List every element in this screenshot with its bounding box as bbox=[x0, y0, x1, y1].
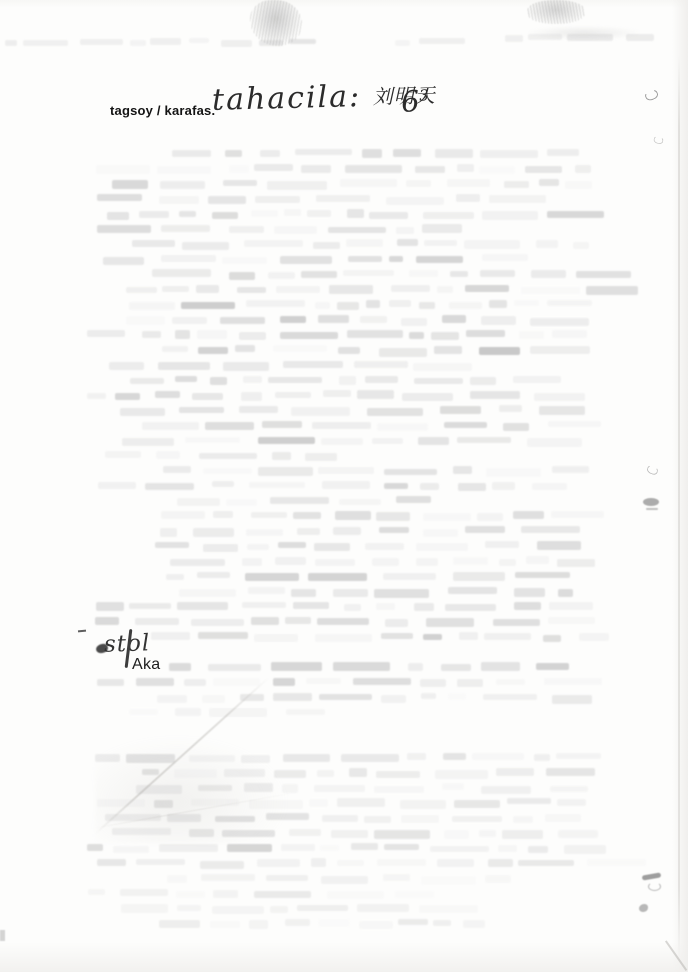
faded-text-fragment bbox=[365, 376, 399, 383]
faded-text-fragment bbox=[97, 859, 126, 867]
faded-text-fragment bbox=[249, 920, 268, 929]
faded-text-fragment bbox=[242, 558, 262, 565]
faded-text-fragment bbox=[208, 664, 261, 671]
faded-text-fragment bbox=[322, 815, 358, 822]
faded-text-fragment bbox=[280, 332, 338, 339]
faded-text-fragment bbox=[177, 905, 201, 912]
faded-text-fragment bbox=[496, 679, 525, 685]
faded-text-fragment bbox=[421, 876, 476, 884]
ink-speck bbox=[646, 508, 658, 510]
faded-text-fragment bbox=[345, 165, 402, 172]
faded-text-fragment bbox=[142, 422, 199, 430]
faded-text-fragment bbox=[521, 287, 581, 294]
faded-text-fragment bbox=[418, 437, 449, 446]
faded-text-fragment bbox=[381, 695, 406, 703]
faded-text-fragment bbox=[301, 165, 331, 173]
faded-text-fragment bbox=[348, 256, 382, 262]
faded-text-fragment bbox=[457, 164, 474, 172]
faded-text-fragment bbox=[407, 753, 425, 760]
faded-text-fragment bbox=[463, 920, 485, 928]
faded-text-fragment bbox=[457, 679, 483, 687]
faded-text-fragment bbox=[470, 377, 496, 385]
faded-text-fragment bbox=[423, 529, 459, 537]
faded-text-fragment bbox=[408, 663, 423, 671]
faded-text-fragment bbox=[499, 405, 522, 412]
faded-text-fragment bbox=[249, 482, 305, 488]
faded-text-fragment bbox=[179, 589, 237, 597]
faded-text-fragment bbox=[479, 166, 514, 174]
faded-text-fragment bbox=[549, 602, 594, 610]
faded-text-fragment bbox=[532, 483, 567, 490]
faded-text-fragment bbox=[270, 497, 329, 505]
faded-text-fragment bbox=[97, 194, 142, 201]
faded-text-fragment bbox=[341, 754, 400, 762]
faded-text-fragment bbox=[374, 786, 423, 793]
faded-text-fragment bbox=[278, 542, 307, 548]
faded-text-fragment bbox=[205, 422, 254, 430]
faded-text-fragment bbox=[254, 634, 298, 642]
faded-text-fragment bbox=[248, 587, 285, 594]
faded-text-fragment bbox=[531, 270, 565, 278]
faded-text-fragment bbox=[419, 905, 478, 912]
faded-text-fragment bbox=[337, 798, 385, 807]
faded-text-fragment bbox=[97, 225, 151, 233]
faded-text-fragment bbox=[268, 272, 294, 279]
faded-text-fragment bbox=[448, 587, 497, 594]
faded-text-fragment bbox=[519, 331, 544, 338]
faded-text-fragment bbox=[243, 376, 262, 383]
faded-text-fragment bbox=[349, 768, 367, 777]
faded-text-fragment bbox=[273, 693, 312, 701]
fold-crease-shading bbox=[95, 735, 290, 843]
faded-text-fragment bbox=[162, 346, 188, 352]
faded-text-fragment bbox=[139, 211, 168, 218]
faded-text-fragment bbox=[242, 602, 286, 609]
faded-text-fragment bbox=[280, 256, 333, 264]
faded-text-fragment bbox=[203, 544, 238, 552]
faded-text-fragment bbox=[203, 468, 252, 474]
faded-text-fragment bbox=[322, 481, 370, 488]
faded-text-fragment bbox=[372, 558, 398, 567]
faded-text-fragment bbox=[504, 181, 529, 188]
faded-text-fragment bbox=[579, 633, 609, 641]
faded-text-fragment bbox=[372, 438, 403, 444]
faded-text-fragment bbox=[564, 845, 606, 854]
faded-text-fragment bbox=[377, 859, 426, 866]
faded-text-fragment bbox=[297, 528, 320, 534]
faded-text-fragment bbox=[251, 512, 288, 518]
ink-smudge-top-right-trail bbox=[528, 26, 640, 40]
faded-text-fragment bbox=[210, 921, 240, 928]
faded-text-fragment bbox=[552, 466, 588, 473]
faded-text-fragment bbox=[343, 270, 394, 276]
faded-text-fragment bbox=[275, 392, 311, 399]
faded-text-fragment bbox=[176, 891, 204, 898]
faded-text-fragment bbox=[286, 709, 326, 715]
faded-text-fragment bbox=[545, 814, 581, 823]
faded-text-fragment bbox=[479, 347, 520, 354]
faded-text-fragment bbox=[507, 798, 551, 805]
faded-text-fragment bbox=[254, 891, 312, 898]
faded-text-fragment bbox=[457, 437, 511, 443]
faded-text-fragment bbox=[548, 617, 595, 624]
faded-text-fragment bbox=[130, 378, 164, 384]
faded-text-fragment bbox=[447, 179, 490, 186]
faded-text-fragment bbox=[488, 859, 514, 867]
faded-text-fragment bbox=[276, 286, 320, 293]
faded-text-fragment bbox=[558, 589, 573, 597]
faded-text-fragment bbox=[222, 257, 267, 264]
faded-text-fragment bbox=[346, 239, 383, 247]
faded-text-fragment bbox=[293, 602, 329, 609]
faded-text-fragment bbox=[87, 330, 126, 336]
faded-text-fragment bbox=[184, 679, 206, 685]
faded-text-fragment bbox=[485, 541, 520, 548]
faded-text-fragment bbox=[255, 196, 300, 203]
faded-text-fragment bbox=[396, 496, 431, 503]
faded-text-fragment bbox=[556, 753, 601, 759]
faded-text-fragment bbox=[129, 603, 170, 609]
faded-text-fragment bbox=[257, 859, 301, 867]
faded-text-fragment bbox=[437, 286, 453, 293]
faded-text-fragment bbox=[318, 467, 374, 474]
faded-text-fragment bbox=[419, 38, 465, 44]
faded-text-fragment bbox=[414, 378, 463, 384]
faded-text-fragment bbox=[223, 362, 269, 371]
faded-text-fragment bbox=[426, 618, 474, 627]
faded-text-fragment bbox=[459, 632, 477, 640]
faded-text-fragment bbox=[115, 393, 140, 401]
faded-text-fragment bbox=[109, 362, 144, 370]
faded-text-fragment bbox=[155, 542, 189, 548]
faded-text-fragment bbox=[161, 225, 210, 232]
faded-text-fragment bbox=[157, 166, 211, 174]
faded-text-fragment bbox=[401, 815, 439, 823]
faded-text-fragment bbox=[573, 242, 589, 250]
faded-text-fragment bbox=[321, 438, 363, 445]
faded-text-fragment bbox=[465, 285, 509, 292]
faded-text-fragment bbox=[477, 513, 503, 522]
faded-text-fragment bbox=[376, 603, 395, 610]
faded-text-fragment bbox=[337, 860, 365, 866]
faded-text-fragment bbox=[179, 211, 196, 218]
faded-text-fragment bbox=[235, 345, 255, 352]
faded-text-fragment bbox=[498, 845, 517, 853]
faded-text-fragment bbox=[229, 272, 254, 280]
faded-text-fragment bbox=[423, 634, 442, 641]
faded-text-fragment bbox=[456, 194, 479, 202]
faded-text-fragment bbox=[199, 453, 257, 459]
faded-text-fragment bbox=[191, 619, 244, 627]
faded-text-fragment bbox=[323, 390, 351, 396]
faded-text-fragment bbox=[192, 393, 222, 400]
faded-text-fragment bbox=[145, 483, 194, 490]
faded-text-fragment bbox=[258, 467, 313, 476]
faded-text-fragment bbox=[389, 256, 404, 263]
faded-text-fragment bbox=[369, 212, 407, 220]
faded-text-fragment bbox=[503, 423, 529, 431]
faded-text-fragment bbox=[283, 754, 330, 762]
faded-text-fragment bbox=[333, 589, 368, 597]
faded-text-fragment bbox=[280, 316, 306, 323]
faded-text-fragment bbox=[327, 891, 383, 900]
faded-text-fragment bbox=[435, 149, 473, 157]
faded-text-fragment bbox=[301, 271, 337, 278]
faded-text-fragment bbox=[518, 860, 574, 866]
faded-text-fragment bbox=[311, 858, 326, 867]
faded-text-fragment bbox=[534, 393, 585, 402]
faded-text-fragment bbox=[156, 451, 181, 458]
faded-text-fragment bbox=[295, 149, 352, 155]
faded-text-fragment bbox=[328, 227, 387, 234]
faded-text-fragment bbox=[485, 875, 512, 882]
faded-text-fragment bbox=[514, 588, 546, 597]
faded-text-fragment bbox=[23, 40, 68, 46]
faded-text-fragment bbox=[172, 317, 207, 324]
faded-text-fragment bbox=[293, 512, 321, 519]
faded-text-fragment bbox=[552, 330, 587, 338]
faded-text-fragment bbox=[434, 346, 462, 354]
handwriting-latin: tahacila: bbox=[212, 79, 362, 118]
faded-text-fragment bbox=[160, 528, 177, 536]
faded-text-fragment bbox=[275, 557, 306, 565]
faded-text-fragment bbox=[435, 770, 488, 779]
faded-text-fragment bbox=[539, 179, 559, 187]
faded-text-fragment bbox=[381, 633, 413, 639]
faded-text-fragment bbox=[113, 846, 150, 854]
faded-text-fragment bbox=[315, 302, 330, 308]
faded-text-fragment bbox=[258, 437, 315, 444]
faded-text-fragment bbox=[150, 38, 180, 45]
faded-text-fragment bbox=[239, 406, 279, 413]
faded-text-fragment bbox=[87, 393, 105, 399]
faded-text-fragment bbox=[105, 451, 141, 458]
faded-text-fragment bbox=[247, 544, 269, 551]
faded-text-fragment bbox=[244, 240, 303, 247]
faded-text-fragment bbox=[357, 390, 394, 399]
faded-text-fragment bbox=[196, 285, 219, 293]
faded-text-fragment bbox=[453, 572, 505, 581]
faded-text-fragment bbox=[229, 226, 265, 233]
faded-text-fragment bbox=[546, 768, 595, 776]
faded-text-fragment bbox=[185, 437, 240, 443]
faded-text-fragment bbox=[366, 300, 381, 307]
faded-text-fragment bbox=[422, 224, 461, 232]
faded-text-fragment bbox=[316, 195, 370, 202]
faded-text-fragment bbox=[445, 604, 497, 611]
faded-text-fragment bbox=[309, 799, 328, 807]
faded-text-fragment bbox=[160, 181, 205, 189]
faded-text-fragment bbox=[289, 829, 321, 836]
faded-text-fragment bbox=[318, 315, 349, 323]
faded-text-fragment bbox=[229, 165, 249, 173]
faded-text-fragment bbox=[354, 361, 407, 368]
faded-text-fragment bbox=[527, 438, 582, 447]
faded-text-fragment bbox=[441, 664, 471, 671]
faded-text-fragment bbox=[112, 180, 148, 189]
faded-text-fragment bbox=[396, 227, 414, 234]
faded-text-fragment bbox=[547, 300, 592, 306]
faded-text-fragment bbox=[383, 573, 436, 580]
faded-text-fragment bbox=[409, 332, 424, 339]
faded-text-fragment bbox=[379, 348, 427, 357]
faded-text-fragment bbox=[246, 300, 305, 307]
faded-text-fragment bbox=[551, 511, 604, 518]
faded-text-fragment bbox=[329, 285, 373, 294]
faded-text-fragment bbox=[402, 393, 453, 402]
faded-text-fragment bbox=[271, 662, 322, 670]
printed-name: Aka bbox=[132, 656, 160, 674]
faded-text-fragment bbox=[415, 166, 445, 173]
faded-text-fragment bbox=[360, 316, 388, 324]
faded-text-fragment bbox=[499, 559, 516, 566]
faded-text-fragment bbox=[167, 875, 187, 883]
faded-text-fragment bbox=[513, 376, 561, 384]
faded-text-fragment bbox=[496, 768, 535, 775]
faded-text-fragment bbox=[362, 149, 382, 157]
faded-text-fragment bbox=[384, 483, 408, 490]
faded-text-fragment bbox=[575, 165, 591, 173]
faded-text-fragment bbox=[401, 318, 426, 326]
faded-text-fragment bbox=[385, 619, 407, 627]
faded-text-fragment bbox=[157, 695, 187, 703]
faded-text-fragment bbox=[305, 453, 337, 461]
faded-text-fragment bbox=[420, 483, 439, 490]
faded-text-fragment bbox=[442, 783, 463, 790]
faded-text-fragment bbox=[536, 240, 559, 247]
faded-text-fragment bbox=[525, 166, 562, 173]
faded-text-fragment bbox=[163, 466, 191, 473]
faded-text-fragment bbox=[374, 589, 429, 598]
faded-text-fragment bbox=[158, 362, 210, 370]
faded-text-fragment bbox=[391, 285, 429, 292]
faded-text-fragment bbox=[587, 859, 647, 866]
faded-text-fragment bbox=[384, 844, 420, 850]
faded-text-fragment bbox=[103, 257, 144, 265]
faded-text-fragment bbox=[95, 617, 119, 625]
faded-text-fragment bbox=[376, 512, 410, 521]
faded-text-fragment bbox=[129, 709, 158, 715]
faded-text-fragment bbox=[536, 663, 569, 669]
faded-text-fragment bbox=[442, 315, 467, 323]
faded-text-fragment bbox=[359, 921, 393, 929]
faded-text-fragment bbox=[166, 574, 184, 580]
faded-text-fragment bbox=[273, 678, 295, 686]
faded-text-fragment bbox=[515, 572, 570, 578]
faded-text-fragment bbox=[565, 181, 591, 189]
faded-text-fragment bbox=[169, 663, 191, 671]
faded-text-fragment bbox=[321, 876, 368, 884]
faded-text-fragment bbox=[576, 271, 631, 278]
faded-text-fragment bbox=[221, 40, 252, 46]
faded-text-fragment bbox=[251, 617, 278, 625]
faded-text-fragment bbox=[547, 211, 605, 218]
faded-text-fragment bbox=[398, 919, 428, 925]
faded-text-fragment bbox=[87, 844, 104, 852]
faded-text-fragment bbox=[181, 302, 235, 308]
faded-text-fragment bbox=[416, 558, 439, 566]
faded-text-fragment bbox=[430, 846, 489, 852]
faded-text-fragment bbox=[317, 770, 333, 777]
faded-text-fragment bbox=[339, 376, 356, 385]
faded-text-fragment bbox=[98, 482, 136, 489]
faded-text-fragment bbox=[170, 559, 224, 566]
faded-text-fragment bbox=[543, 635, 561, 642]
faded-text-fragment bbox=[337, 302, 359, 310]
faded-text-fragment bbox=[320, 845, 339, 851]
faded-text-fragment bbox=[193, 528, 235, 537]
faded-text-fragment bbox=[448, 693, 466, 700]
faded-text-fragment bbox=[319, 694, 372, 700]
faded-text-fragment bbox=[353, 678, 411, 685]
faded-text-fragment bbox=[481, 662, 520, 671]
faded-text-fragment bbox=[274, 226, 317, 233]
faded-text-fragment bbox=[132, 240, 176, 247]
faded-text-fragment bbox=[484, 633, 530, 640]
faded-text-fragment bbox=[198, 347, 228, 354]
faded-text-fragment bbox=[209, 708, 267, 717]
faded-text-fragment bbox=[159, 844, 217, 852]
faded-text-fragment bbox=[213, 678, 260, 685]
faded-text-fragment bbox=[365, 543, 405, 550]
faded-text-fragment bbox=[444, 830, 469, 838]
faded-text-fragment bbox=[151, 632, 190, 639]
faded-text-fragment bbox=[421, 693, 436, 700]
faded-text-fragment bbox=[449, 302, 482, 309]
faded-text-fragment bbox=[308, 573, 367, 581]
page-edge-line bbox=[678, 55, 680, 960]
faded-text-fragment bbox=[383, 874, 410, 881]
faded-text-fragment bbox=[331, 830, 368, 838]
faded-text-fragment bbox=[433, 920, 451, 926]
faded-text-fragment bbox=[239, 332, 265, 340]
faded-text-fragment bbox=[333, 662, 390, 671]
faded-text-fragment bbox=[480, 270, 514, 277]
faded-text-fragment bbox=[172, 150, 210, 157]
faded-text-fragment bbox=[454, 800, 500, 808]
faded-text-fragment bbox=[547, 149, 579, 156]
faded-text-fragment bbox=[557, 799, 586, 806]
faded-text-fragment bbox=[389, 300, 411, 307]
faded-text-fragment bbox=[502, 830, 543, 838]
faded-text-fragment bbox=[465, 526, 505, 532]
faded-text-fragment bbox=[220, 317, 265, 323]
faded-text-fragment bbox=[317, 618, 369, 625]
faded-text-fragment bbox=[135, 618, 179, 625]
faded-text-fragment bbox=[420, 679, 446, 687]
faded-text-fragment bbox=[88, 889, 105, 895]
faded-text-fragment bbox=[136, 859, 185, 865]
faded-text-fragment bbox=[260, 150, 280, 157]
faded-text-fragment bbox=[162, 286, 189, 292]
faded-text-fragment bbox=[443, 753, 466, 760]
faded-text-fragment bbox=[481, 316, 516, 325]
faded-text-fragment bbox=[489, 195, 546, 203]
faded-text-fragment bbox=[377, 423, 428, 431]
faded-text-fragment bbox=[344, 604, 361, 612]
faded-text-fragment bbox=[400, 800, 446, 809]
faded-text-fragment bbox=[226, 499, 257, 507]
faded-text-fragment bbox=[96, 165, 150, 174]
faded-text-fragment bbox=[530, 318, 589, 327]
faded-text-fragment bbox=[513, 816, 533, 824]
faded-text-fragment bbox=[189, 38, 209, 43]
ink-speck bbox=[0, 930, 5, 941]
faded-text-fragment bbox=[453, 466, 471, 474]
faded-text-fragment bbox=[357, 904, 409, 913]
faded-text-fragment bbox=[466, 330, 505, 337]
faded-text-fragment bbox=[142, 331, 161, 338]
